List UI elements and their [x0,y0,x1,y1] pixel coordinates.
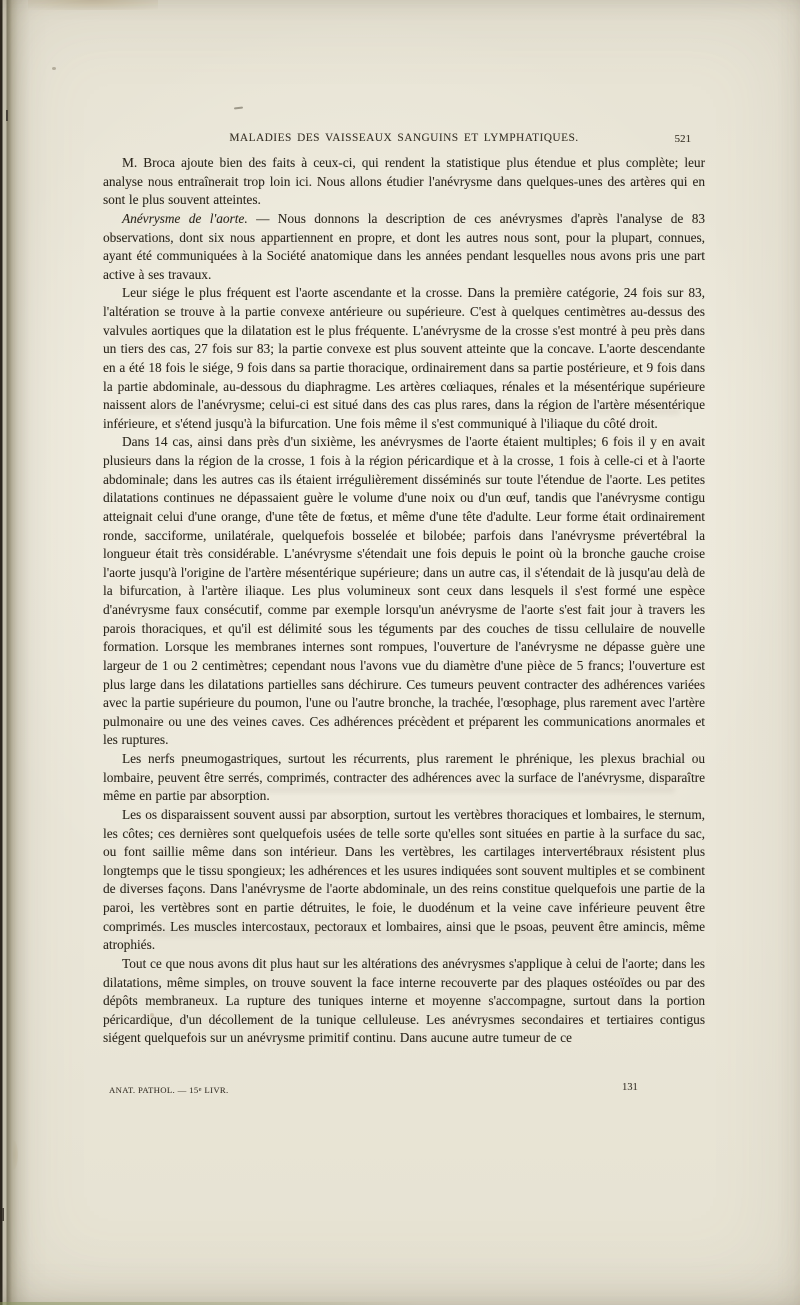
sheet-number: 131 [622,1082,638,1093]
page-number: 521 [675,133,692,145]
printer-signature: ANAT. PATHOL. — 15e LIVR. [109,1085,229,1095]
paper-speck [52,67,56,70]
edge-mark [2,1208,4,1221]
binding-edge [0,0,30,1305]
signature-pre: ANAT. PATHOL. — 15 [109,1085,199,1095]
page-footer: ANAT. PATHOL. — 15e LIVR. 131 [103,1082,705,1098]
paragraph: Anévrysme de l'aorte. — Nous donnons la … [103,210,705,285]
paragraph: Leur siége le plus fréquent est l'aorte … [103,284,705,433]
edge-mark [6,110,8,121]
paper-speck [150,1013,154,1017]
paper-smudge [28,0,158,10]
paragraph: Dans 14 cas, ainsi dans près d'un sixièm… [103,433,705,750]
scanned-book-page: { "page": { "running_header": { "title":… [0,0,800,1305]
paragraph: Tout ce que nous avons dit plus haut sur… [103,955,705,1048]
signature-post: LIVR. [202,1085,229,1095]
signature-superscript: e [199,1086,202,1093]
running-title: MALADIES DES VAISSEAUX SANGUINS ET LYMPH… [103,132,705,144]
paragraph: Les nerfs pneumogastriques, surtout les … [103,750,705,806]
paragraph: Les os disparaissent souvent aussi par a… [103,806,705,955]
paragraph-lead-italic: Anévrysme de l'aorte. [122,211,248,226]
running-header: MALADIES DES VAISSEAUX SANGUINS ET LYMPH… [103,132,705,148]
text-body: M. Broca ajoute bien des faits à ceux-ci… [103,154,705,1048]
paragraph: M. Broca ajoute bien des faits à ceux-ci… [103,154,705,210]
